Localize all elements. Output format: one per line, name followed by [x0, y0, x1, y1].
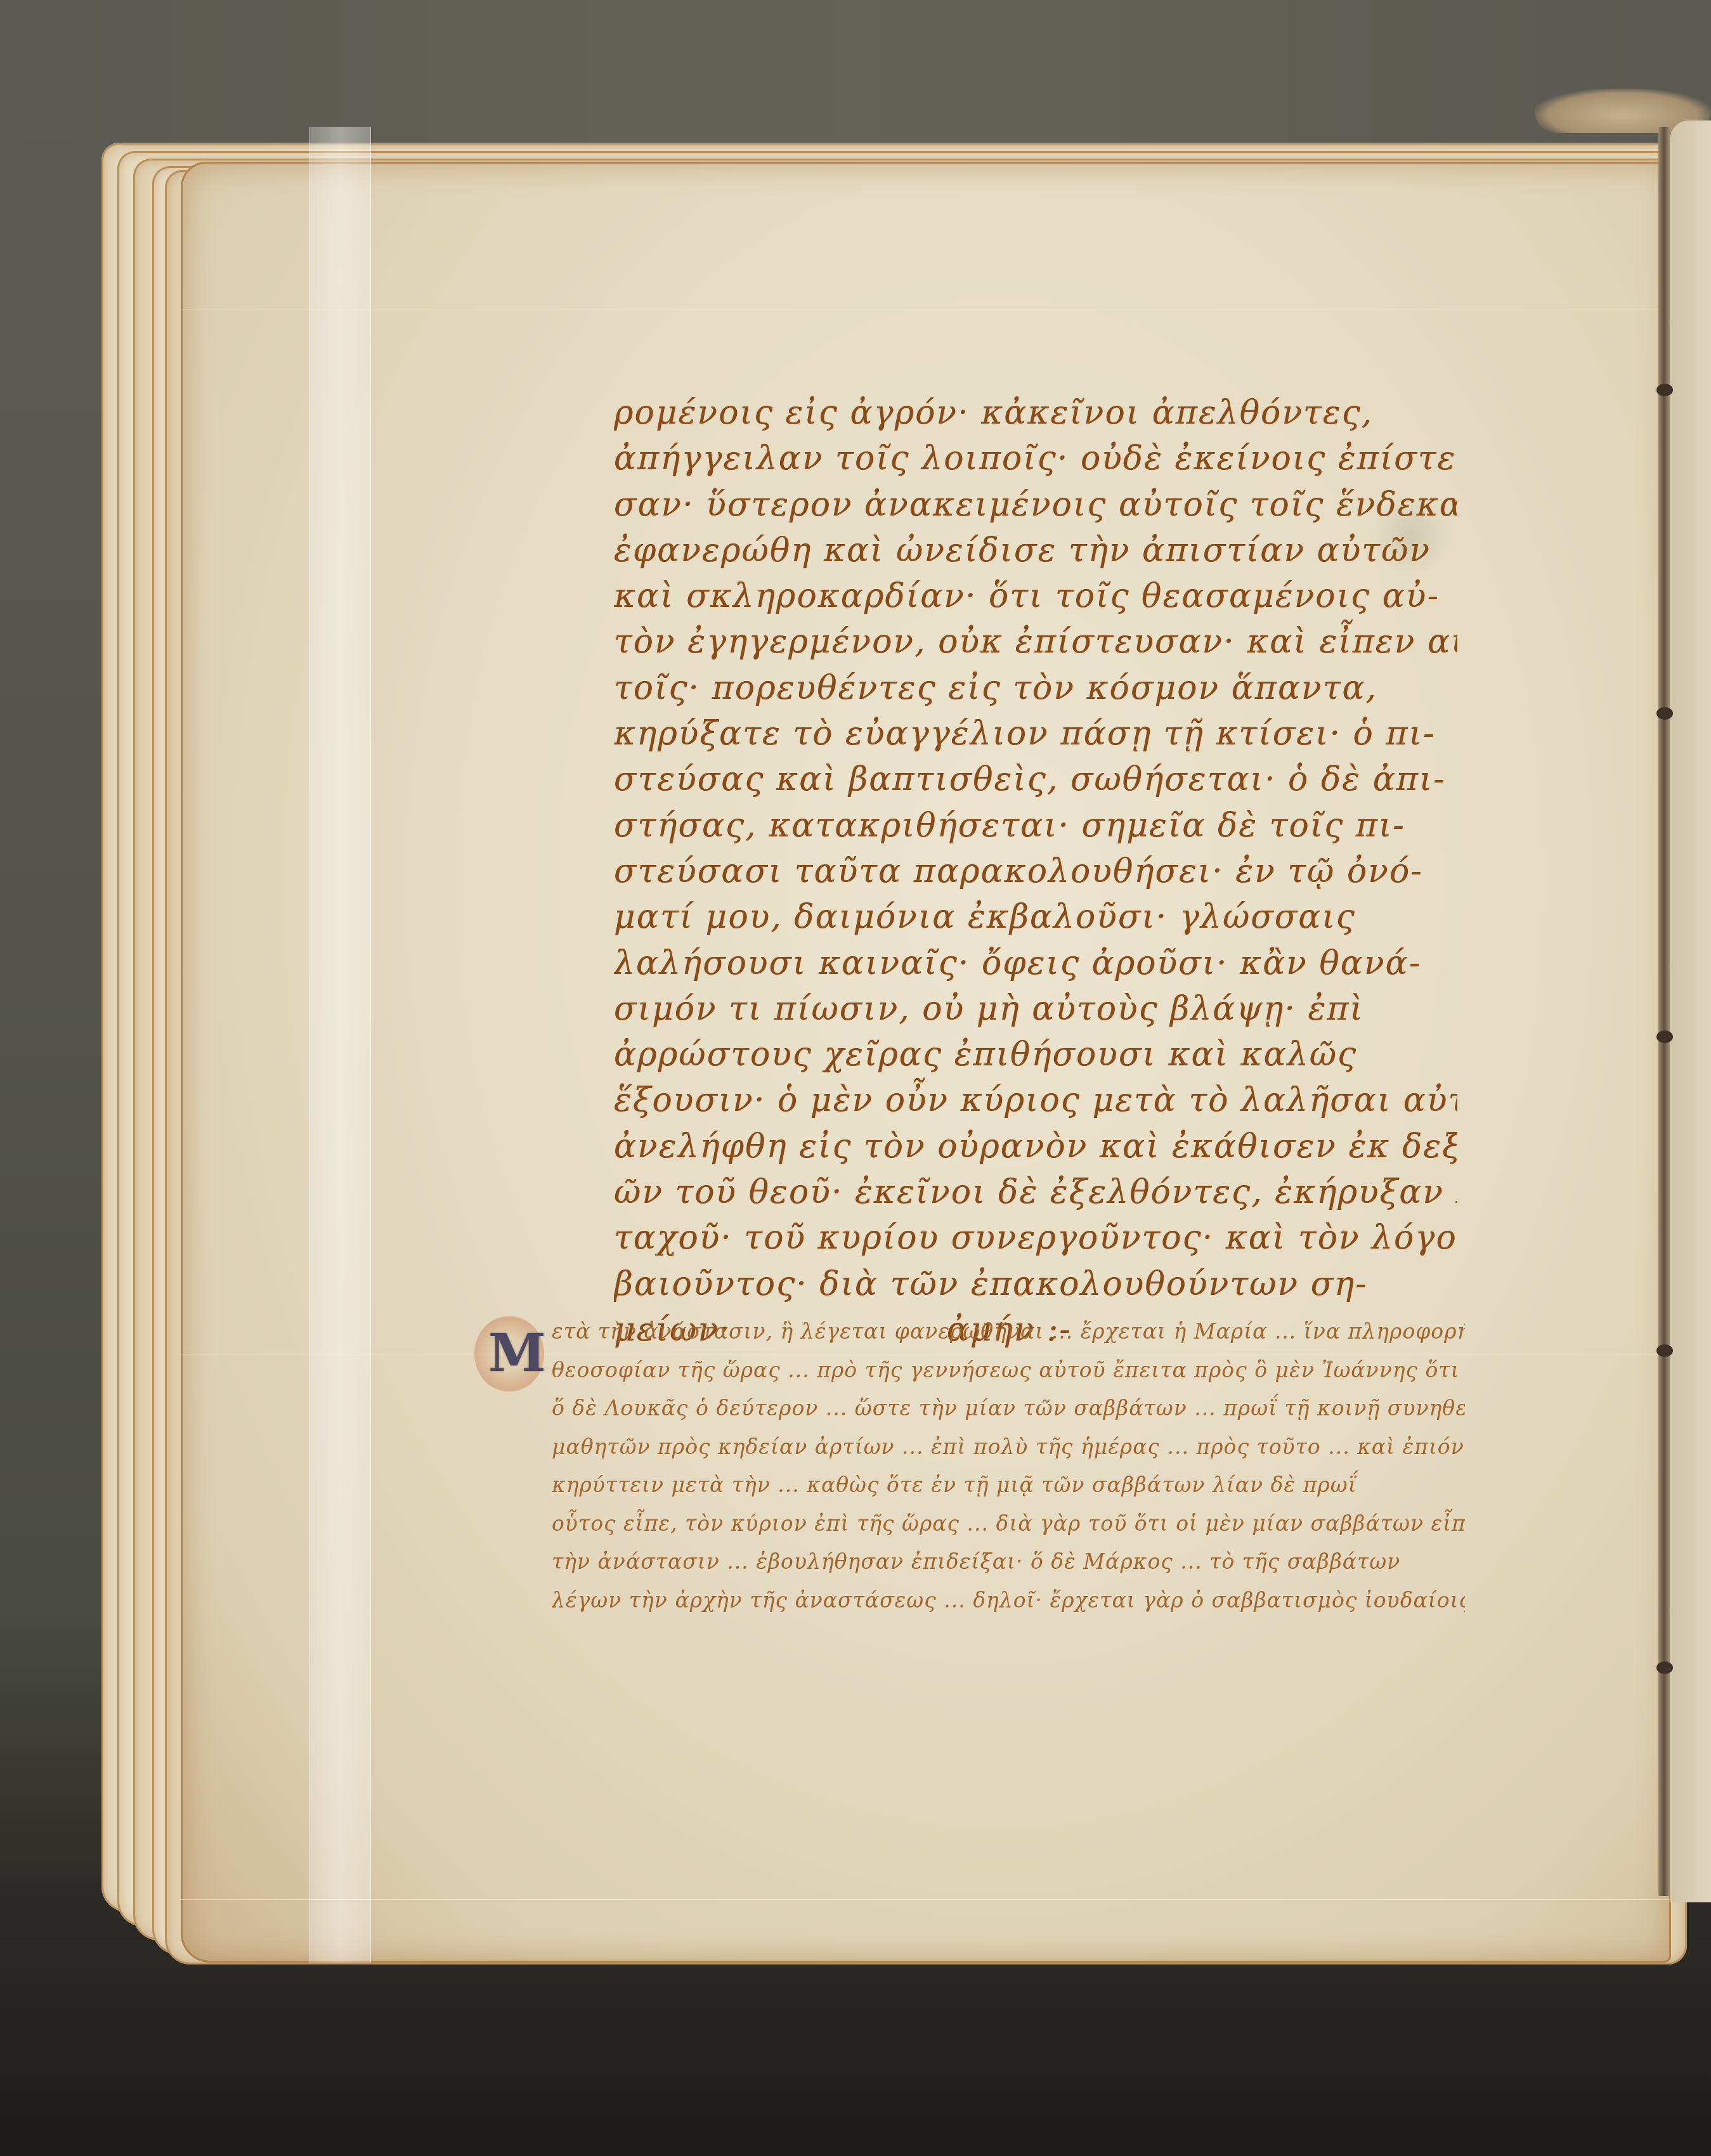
commentary-line: ετὰ τὴν ἀνάστασιν, ἣ λέγεται φανερωθῆναι… [552, 1313, 1465, 1351]
commentary-line: κηρύττειν μετὰ τὴν ... καθὼς ὅτε ἐν τῇ μ… [552, 1466, 1465, 1505]
sewing-hole [1656, 1344, 1673, 1357]
text-line: ταχοῦ· τοῦ κυρίου συνεργοῦντος· καὶ τὸν … [614, 1215, 1457, 1261]
transparent-tape-strip [309, 127, 371, 1963]
text-line: ἀπήγγειλαν τοῖς λοιποῖς· οὐδὲ ἐκείνοις ἐ… [614, 436, 1457, 481]
text-line: στεύσασι ταῦτα παρακολουθήσει· ἐν τῷ ὀνό… [614, 848, 1457, 894]
commentary-line: λέγων τὴν ἀρχὴν τῆς ἀναστάσεως ... δηλοῖ… [552, 1581, 1465, 1620]
text-line: κηρύξατε τὸ εὐαγγέλιον πάσῃ τῇ κτίσει· ὁ… [614, 711, 1457, 757]
text-line: ῶν τοῦ θεοῦ· ἐκεῖνοι δὲ ἐξελθόντες, ἐκήρ… [614, 1169, 1457, 1215]
sewing-hole [1656, 384, 1673, 396]
backdrop-bottom [0, 1940, 1711, 2156]
ruling-line [181, 1899, 1671, 1900]
commentary-block: ετὰ τὴν ἀνάστασιν, ἣ λέγεται φανερωθῆναι… [552, 1313, 1465, 1620]
text-line: σιμόν τι πίωσιν, οὐ μὴ αὐτοὺς βλάψῃ· ἐπὶ [614, 986, 1457, 1032]
commentary-line: μαθητῶν πρὸς κηδείαν ἀρτίων ... ἐπὶ πολὺ… [552, 1428, 1465, 1467]
text-line: ματί μου, δαιμόνια ἐκβαλοῦσι· γλώσσαις [614, 894, 1457, 940]
text-line: βαιοῦντος· διὰ τῶν ἐπακολουθούντων ση- [614, 1261, 1457, 1307]
commentary-line: ὅ δὲ Λουκᾶς ὁ δεύτερον ... ὥστε τὴν μίαν… [552, 1389, 1465, 1428]
text-line: ἕξουσιν· ὁ μὲν οὖν κύριος μετὰ τὸ λαλῆσα… [614, 1077, 1457, 1123]
commentary-line: οὗτος εἶπε, τὸν κύριον ἐπὶ τῆς ὥρας ... … [552, 1505, 1465, 1543]
ruling-line [181, 309, 1671, 309]
commentary-line: τὴν ἀνάστασιν ... ἐβουλήθησαν ἐπιδείξαι·… [552, 1543, 1465, 1581]
text-line: ἐφανερώθη καὶ ὠνείδισε τὴν ἀπιστίαν αὐτῶ… [614, 528, 1457, 573]
decorated-initial: M [474, 1316, 544, 1392]
sewing-hole [1656, 1030, 1673, 1043]
text-line: ρομένοις εἰς ἀγρόν· κἀκεῖνοι ἀπελθόντες, [614, 390, 1457, 436]
facing-page-edge [1670, 120, 1711, 1902]
text-line: στήσας, κατακριθήσεται· σημεῖα δὲ τοῖς π… [614, 803, 1457, 848]
text-line: λαλήσουσι καιναῖς· ὄφεις ἀροῦσι· κἂν θαν… [614, 940, 1457, 986]
text-line: στεύσας καὶ βαπτισθεὶς, σωθήσεται· ὁ δὲ … [614, 757, 1457, 802]
commentary-line: θεοσοφίαν τῆς ὥρας ... πρὸ τῆς γεννήσεως… [552, 1351, 1465, 1390]
sewing-hole [1656, 707, 1673, 720]
backdrop-top [0, 0, 1711, 146]
text-line: ἀνελήφθη εἰς τὸν οὐρανὸν καὶ ἐκάθισεν ἐκ… [614, 1124, 1457, 1169]
main-text-block: ρομένοις εἰς ἀγρόν· κἀκεῖνοι ἀπελθόντες,… [614, 390, 1457, 1353]
text-line: τοῖς· πορευθέντες εἰς τὸν κόσμον ἅπαντα, [614, 665, 1457, 711]
text-line: τὸν ἐγηγερμένον, οὐκ ἐπίστευσαν· καὶ εἶπ… [614, 619, 1457, 665]
initial-letter: M [488, 1325, 546, 1382]
text-line: ἀρρώστους χεῖρας ἐπιθήσουσι καὶ καλῶς [614, 1032, 1457, 1077]
text-line: καὶ σκληροκαρδίαν· ὅτι τοῖς θεασαμένοις … [614, 573, 1457, 619]
text-line: σαν· ὕστερον ἀνακειμένοις αὐτοῖς τοῖς ἕν… [614, 482, 1457, 528]
sewing-hole [1656, 1661, 1673, 1674]
